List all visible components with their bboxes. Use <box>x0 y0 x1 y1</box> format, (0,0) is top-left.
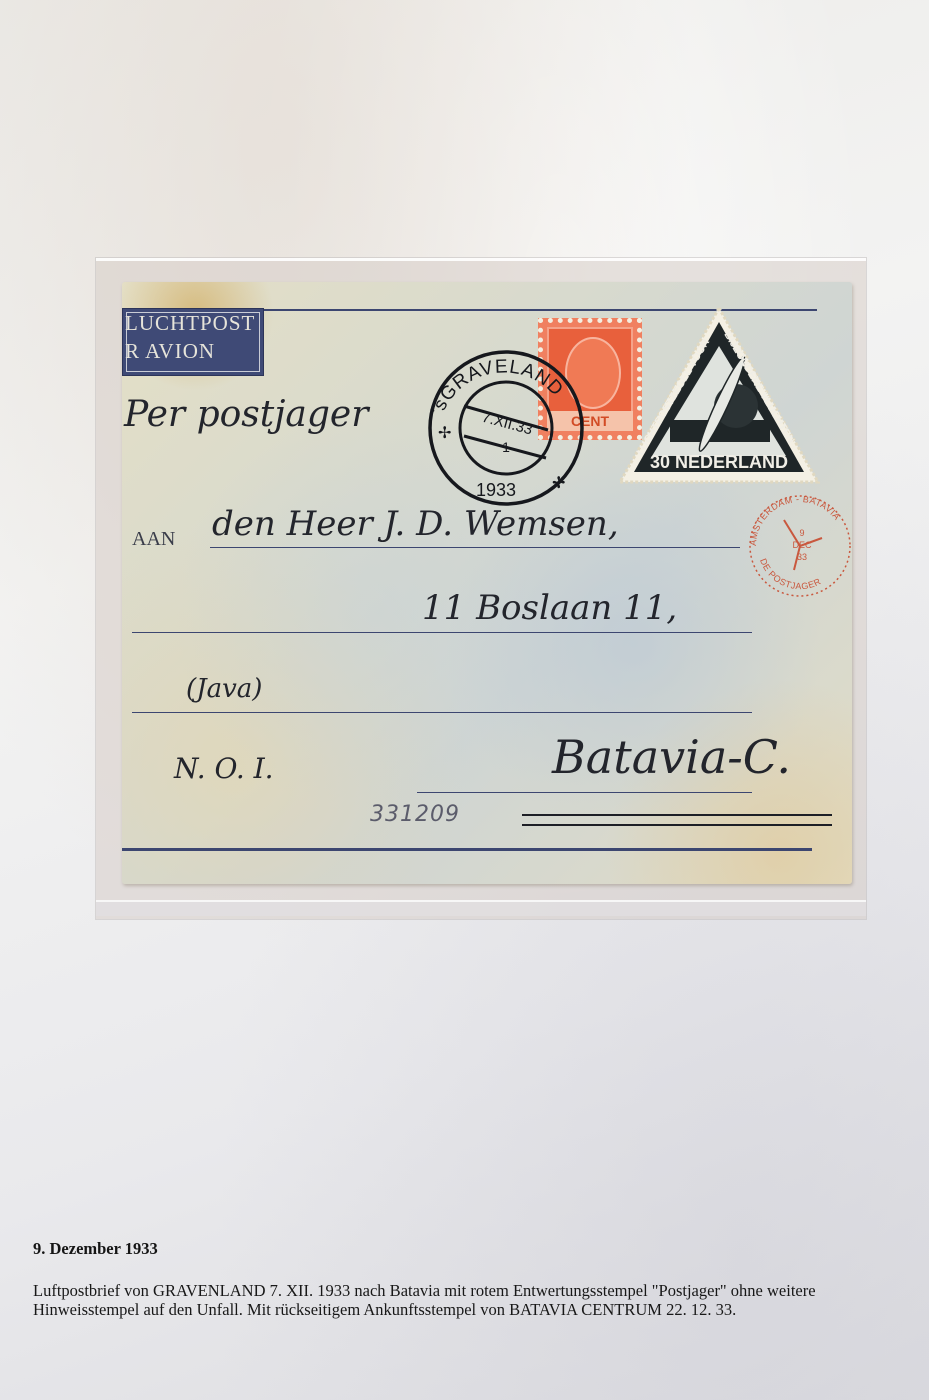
reference-number: 331209 <box>370 802 460 827</box>
svg-text:33: 33 <box>797 552 807 562</box>
svg-text:1933: 1933 <box>476 480 516 500</box>
address-line-2 <box>132 632 752 633</box>
aan-label: AAN <box>132 528 175 551</box>
bottom-border-line <box>122 848 812 851</box>
svg-text:7.XII.33: 7.XII.33 <box>480 409 534 439</box>
address-line-3 <box>132 712 752 713</box>
airmail-envelope: LUCHTPOST R AVION Per postjager AAN den … <box>122 282 852 884</box>
postjager-red-cancel: AMSTERDAM - BATAVIA DE POSTJAGER 9 DEC 3… <box>744 490 856 602</box>
par-avion-line2: R AVION <box>123 337 263 365</box>
sleeve-bottom-edge <box>96 900 866 916</box>
caption-title: 9. Dezember 1933 <box>33 1239 158 1259</box>
underline-double-2 <box>522 824 832 826</box>
par-avion-label: LUCHTPOST R AVION <box>122 308 264 376</box>
address-city: Batavia-C. <box>552 730 791 784</box>
svg-text:1: 1 <box>502 439 510 455</box>
svg-text:✢: ✢ <box>438 423 451 442</box>
svg-text:30 NEDERLAND: 30 NEDERLAND <box>650 452 788 472</box>
address-recipient: den Heer J. D. Wemsen, <box>212 504 619 544</box>
address-country: N. O. I. <box>174 752 274 785</box>
svg-text:DEC: DEC <box>792 540 812 550</box>
svg-text:DE POSTJAGER: DE POSTJAGER <box>758 557 823 591</box>
address-line-1 <box>210 547 740 548</box>
triangular-airmail-stamp: 30 NEDERLAND LUCHTPOSTZEGEL VOOR BIJZOND… <box>618 306 820 486</box>
underline-double-1 <box>522 814 832 816</box>
handwritten-routing: Per postjager <box>124 394 368 435</box>
svg-text:✢: ✢ <box>552 473 565 492</box>
address-street: 11 Boslaan 11, <box>422 588 677 628</box>
gravenland-postmark: 'sGRAVELAND 7.XII.33 1 1933 ✢ ✢ <box>424 346 588 510</box>
address-line-4 <box>417 792 752 793</box>
par-avion-line1: LUCHTPOST <box>123 309 263 337</box>
caption-body: Luftpostbrief von GRAVENLAND 7. XII. 193… <box>33 1281 913 1319</box>
address-island: (Java) <box>186 674 262 704</box>
svg-text:9: 9 <box>799 528 804 538</box>
